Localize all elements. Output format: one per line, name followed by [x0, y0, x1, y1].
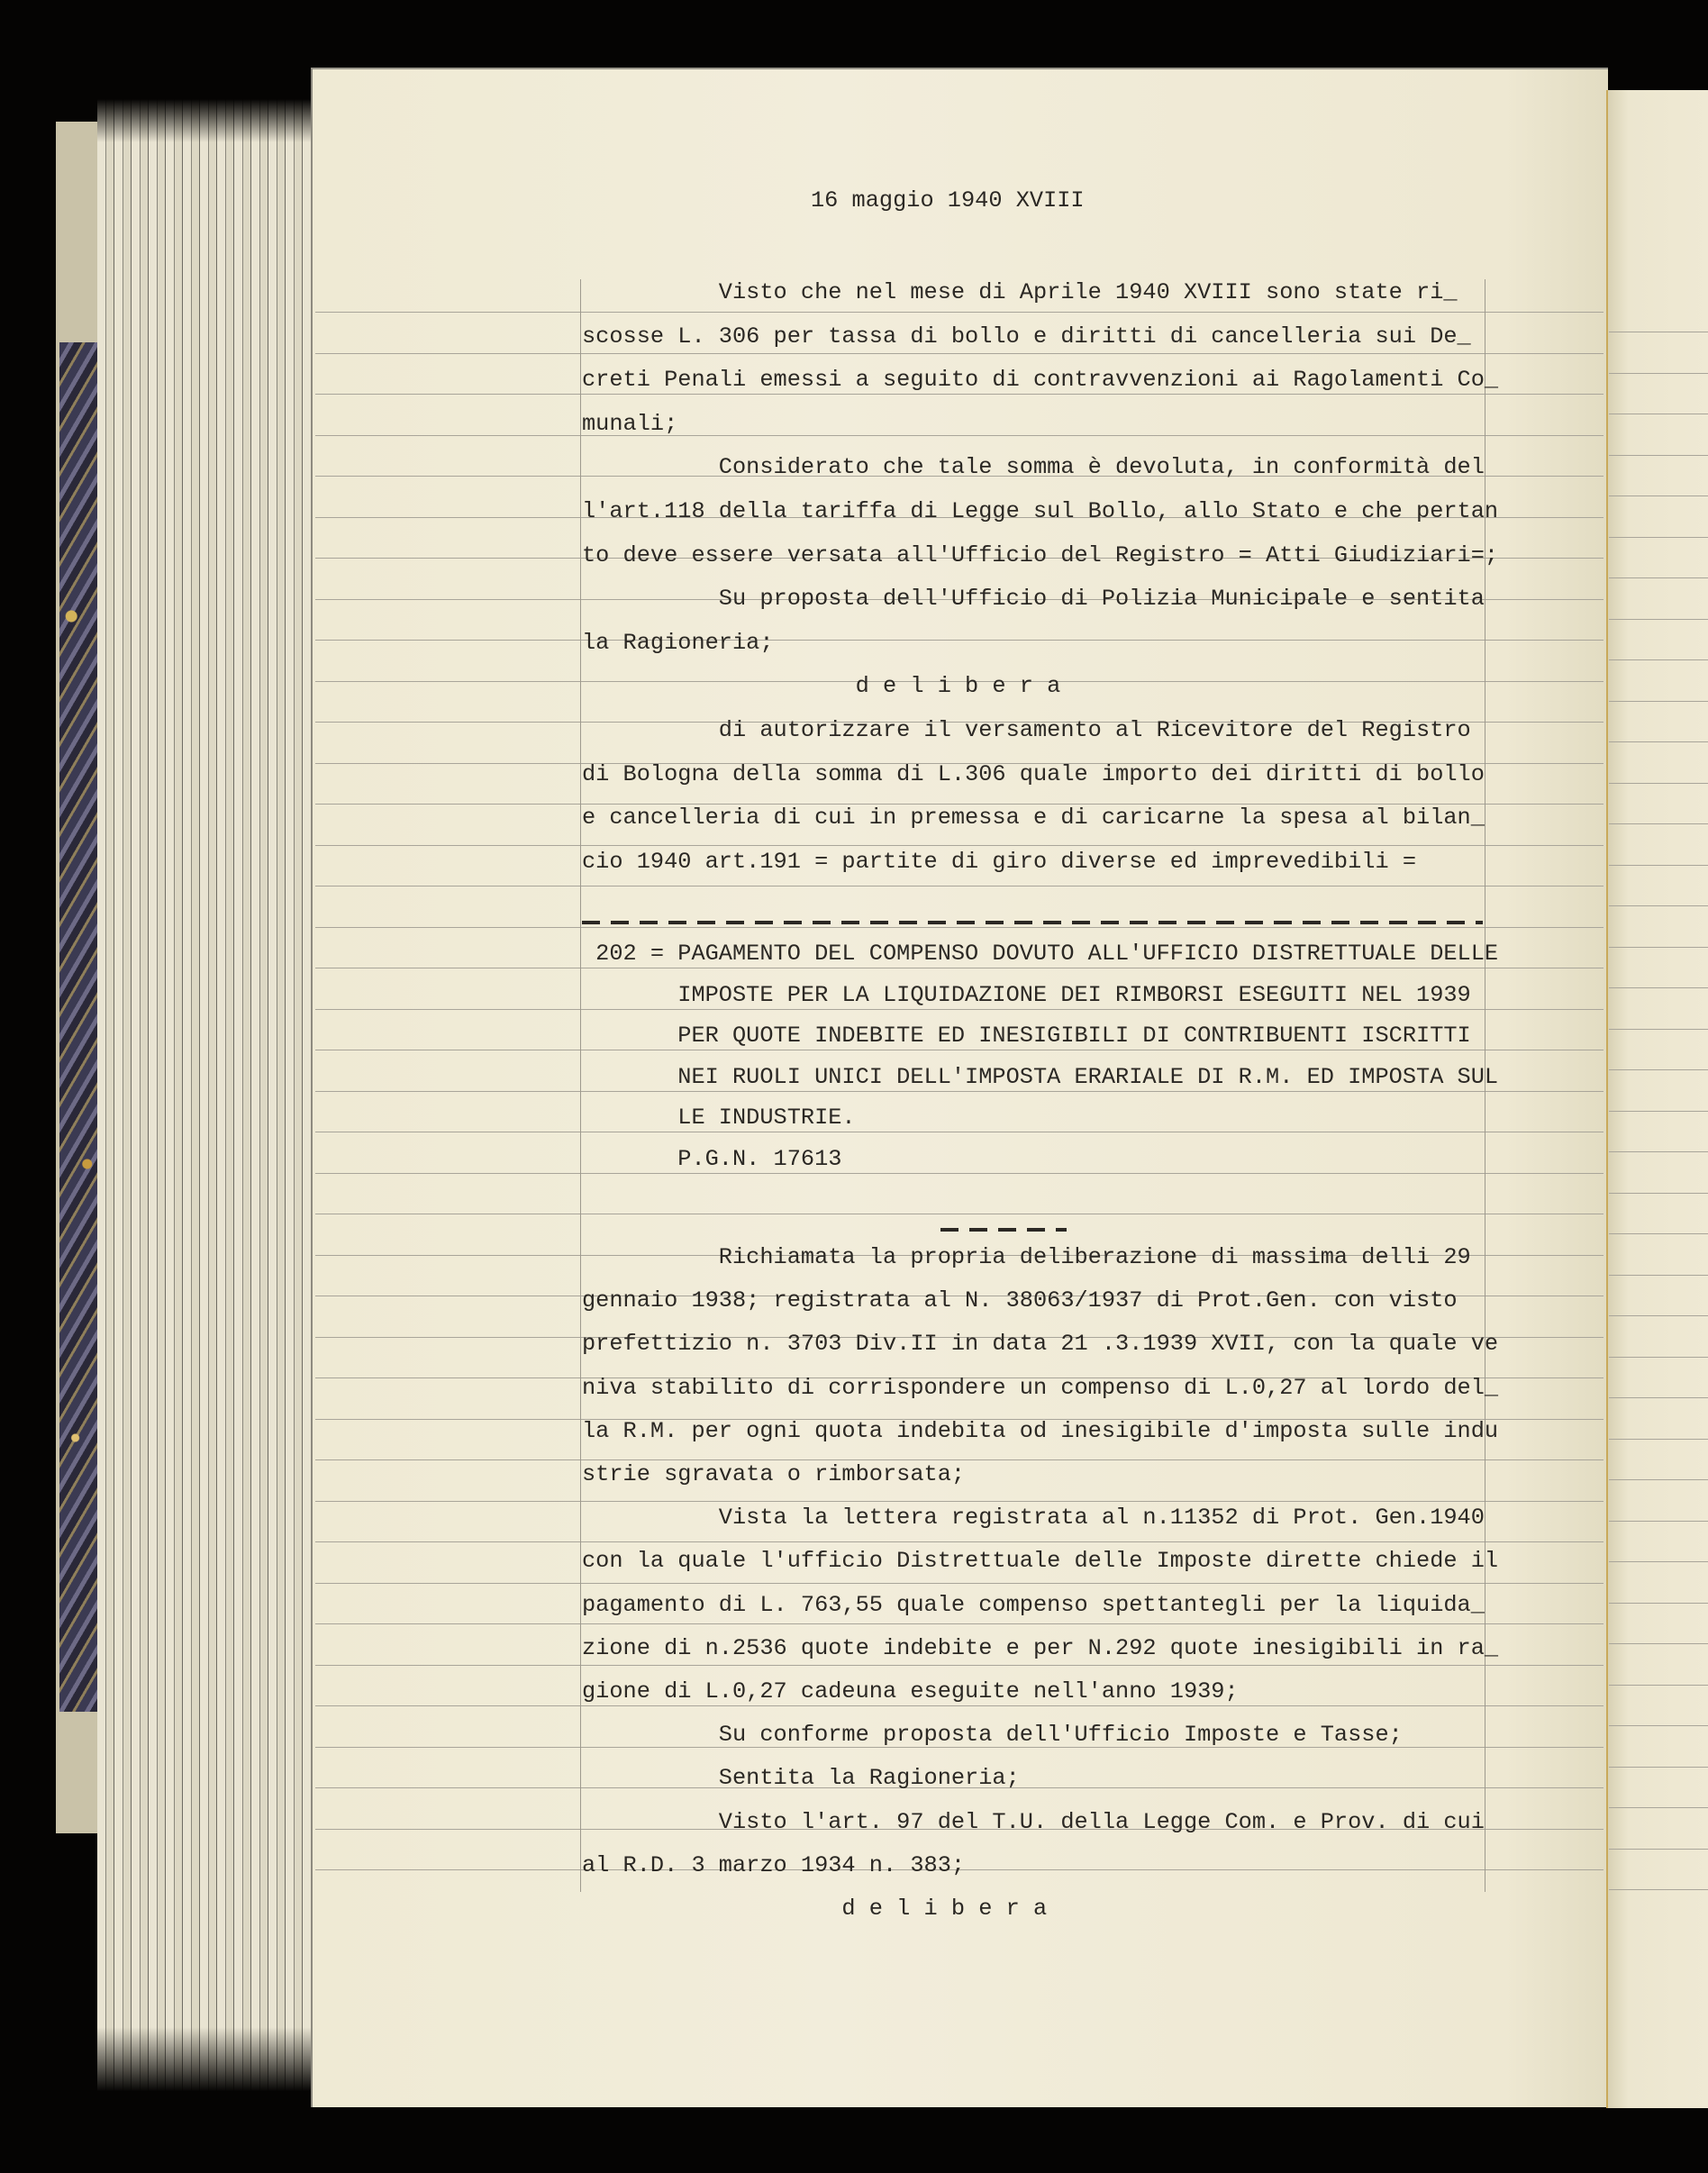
text-line: di Bologna della somma di L.306 quale im… [582, 763, 1485, 786]
text-line: cio 1940 art.191 = partite di giro diver… [582, 850, 1416, 873]
ruled-line-facing [1609, 496, 1708, 496]
ruled-line-facing [1609, 577, 1708, 578]
ruled-line-facing [1609, 1603, 1708, 1604]
text-line: pagamento di L. 763,55 quale compenso sp… [582, 1594, 1485, 1616]
ruled-line [315, 968, 1604, 968]
ruled-line [315, 435, 1604, 436]
ruled-line [315, 1009, 1604, 1010]
page-stack-top-shadow [97, 70, 313, 142]
text-line: Sentita la Ragioneria; [582, 1767, 1020, 1789]
text-line: Vista la lettera registrata al n.11352 d… [582, 1506, 1485, 1529]
text-line: zione di n.2536 quote indebite e per N.2… [582, 1637, 1498, 1659]
ruled-line [315, 1173, 1604, 1174]
ruled-line [315, 886, 1604, 886]
ruled-line-facing [1609, 987, 1708, 988]
ruled-line-facing [1609, 1725, 1708, 1726]
ruled-line [315, 1459, 1604, 1460]
left-margin-rule [580, 279, 581, 1892]
ruled-line-facing [1609, 373, 1708, 374]
heading-line: 202 = PAGAMENTO DEL COMPENSO DOVUTO ALL'… [582, 942, 1498, 965]
ruled-line-facing [1609, 1193, 1708, 1194]
heading-line: NEI RUOLI UNICI DELL'IMPOSTA ERARIALE DI… [582, 1066, 1498, 1088]
heading-line: IMPOSTE PER LA LIQUIDAZIONE DEI RIMBORSI… [582, 984, 1471, 1006]
ruled-line [315, 927, 1604, 928]
ruled-line-facing [1609, 1561, 1708, 1562]
text-line: d e l i b e r a [582, 1897, 1047, 1920]
text-line: e cancelleria di cui in premessa e di ca… [582, 806, 1485, 829]
ruled-line [315, 1091, 1604, 1092]
date-heading: 16 maggio 1940 XVIII [811, 187, 1085, 214]
ruled-line-facing [1609, 701, 1708, 702]
ruled-line-facing [1609, 905, 1708, 906]
ruled-line [315, 1214, 1604, 1214]
ruled-line-facing [1609, 414, 1708, 414]
text-line: scosse L. 306 per tassa di bollo e dirit… [582, 325, 1471, 348]
ruled-line-facing [1609, 1111, 1708, 1112]
text-line: creti Penali emessi a seguito di contrav… [582, 368, 1498, 391]
page-stack [97, 70, 313, 2097]
heading-separator [940, 1228, 1067, 1232]
ruled-line [315, 1583, 1604, 1584]
text-line: Su conforme proposta dell'Ufficio Impost… [582, 1723, 1403, 1746]
ruled-line [315, 353, 1604, 354]
ruled-line-facing [1609, 1849, 1708, 1850]
ruled-line-facing [1609, 1643, 1708, 1644]
text-line: gennaio 1938; registrata al N. 38063/193… [582, 1289, 1458, 1312]
section-separator [582, 921, 1483, 924]
ruled-line-facing [1609, 1069, 1708, 1070]
ruled-line-facing [1609, 332, 1708, 332]
ruled-line-facing [1609, 1151, 1708, 1152]
heading-line: LE INDUSTRIE. [582, 1106, 856, 1129]
text-line: strie sgravata o rimborsata; [582, 1463, 965, 1486]
text-line: Considerato che tale somma è devoluta, i… [582, 456, 1485, 478]
ruled-line [315, 1623, 1604, 1624]
ruled-line-facing [1609, 1521, 1708, 1522]
text-line: prefettizio n. 3703 Div.II in data 21 .3… [582, 1332, 1498, 1355]
text-line: munali; [582, 413, 677, 435]
facing-page [1606, 90, 1708, 2108]
ruled-line-facing [1609, 1315, 1708, 1316]
ruled-line [315, 1501, 1604, 1502]
ruled-line-facing [1609, 1767, 1708, 1768]
ruled-line-facing [1609, 741, 1708, 742]
ruled-line [315, 1541, 1604, 1542]
ruled-line [315, 312, 1604, 313]
ruled-line-facing [1609, 1807, 1708, 1808]
ruled-line [315, 1050, 1604, 1050]
ruled-line-facing [1609, 865, 1708, 866]
marbled-cover [59, 342, 99, 1712]
text-line: gione di L.0,27 cadeuna eseguite nell'an… [582, 1680, 1239, 1703]
heading-line: PER QUOTE INDEBITE ED INESIGIBILI DI CON… [582, 1024, 1471, 1047]
text-line: la R.M. per ogni quota indebita od inesi… [582, 1420, 1498, 1442]
text-line: Richiamata la propria deliberazione di m… [582, 1246, 1471, 1268]
text-line: la Ragioneria; [582, 632, 774, 654]
ruled-line [315, 845, 1604, 846]
ruled-line-facing [1609, 947, 1708, 948]
text-line: niva stabilito di corrispondere un compe… [582, 1377, 1498, 1399]
text-line: d e l i b e r a [582, 675, 1060, 697]
text-line: to deve essere versata all'Ufficio del R… [582, 544, 1498, 567]
ruled-line-facing [1609, 823, 1708, 824]
ruled-line-facing [1609, 455, 1708, 456]
text-line: con la quale l'ufficio Distrettuale dell… [582, 1550, 1498, 1572]
heading-line: P.G.N. 17613 [582, 1148, 841, 1170]
text-line: di autorizzare il versamento al Ricevito… [582, 719, 1471, 741]
ruled-line [315, 640, 1604, 641]
ruled-line [315, 1132, 1604, 1132]
ruled-line-facing [1609, 1275, 1708, 1276]
ruled-line-facing [1609, 1397, 1708, 1398]
ruled-line-facing [1609, 1685, 1708, 1686]
ruled-line-facing [1609, 1479, 1708, 1480]
text-line: Su proposta dell'Ufficio di Polizia Muni… [582, 587, 1485, 610]
ruled-line-facing [1609, 1439, 1708, 1440]
ruled-line-facing [1609, 1889, 1708, 1890]
ruled-line [315, 394, 1604, 395]
ruled-line [315, 1705, 1604, 1706]
ruled-line-facing [1609, 619, 1708, 620]
text-line: l'art.118 della tariffa di Legge sul Bol… [582, 500, 1498, 523]
text-line: Visto l'art. 97 del T.U. della Legge Com… [582, 1811, 1485, 1833]
ruled-line-facing [1609, 1357, 1708, 1358]
ruled-line-facing [1609, 537, 1708, 538]
text-line: Visto che nel mese di Aprile 1940 XVIII … [582, 281, 1458, 304]
ruled-line-facing [1609, 659, 1708, 660]
ruled-line [315, 1665, 1604, 1666]
page-stack-bottom-shadow [97, 2027, 313, 2126]
text-line: al R.D. 3 marzo 1934 n. 383; [582, 1854, 965, 1877]
ruled-line-facing [1609, 783, 1708, 784]
ruled-line-facing [1609, 1233, 1708, 1234]
ruled-line-facing [1609, 1029, 1708, 1030]
